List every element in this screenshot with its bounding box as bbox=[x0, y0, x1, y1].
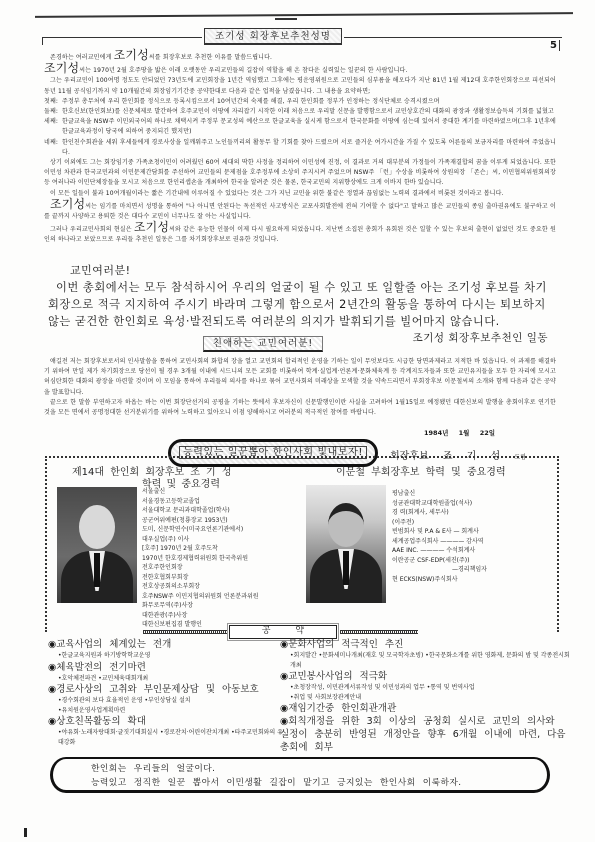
career-line: 서울대학교 문리과대학졸업(학사) bbox=[142, 506, 259, 516]
vice-president-profile-title: 이문철 부회장후보 학력 및 중요경력 bbox=[336, 463, 506, 478]
pledge-divider-right bbox=[340, 630, 418, 634]
effort-paragraph: 이 모든 일들이 불과 10여개월이라는 짧은 기간내에 이루어질 수 있었다는… bbox=[44, 189, 556, 199]
photo-tie bbox=[343, 551, 349, 585]
scan-edge-mark bbox=[24, 828, 27, 837]
item-label: 세째: bbox=[44, 117, 62, 137]
document-page: 조기성 회장후보추천성명 5 존경하는 여러교민에게 조기성씨를 회장후보로 추… bbox=[0, 0, 595, 842]
pledges-left-column: ◉교육사업의 체계있는 전개•한글교육지원과 하기방학학교운영◉체육발전의 전기… bbox=[48, 638, 288, 747]
president-portrait-photo bbox=[57, 487, 137, 603]
retirement-paragraph: 조기성씨는 임기를 마치면서 성명을 통하여 "나 아니면 안된다는 독선적인 … bbox=[44, 199, 556, 222]
candidate-name: 조기성 bbox=[114, 48, 149, 62]
career-line: 평남출신 bbox=[392, 489, 487, 499]
photo-head bbox=[79, 505, 115, 549]
item-text: 한호신보(한인회보)를 신문체제로 발간하여 호주교민이 이땅에 자리잡기 시작… bbox=[62, 107, 556, 117]
career-line: [호주] 1970년 2월 호주도착 bbox=[142, 544, 259, 554]
page-title: 조기성 회장후보추천성명 bbox=[204, 28, 342, 45]
career-line: 세계공업주식회사 ———— 감사역 bbox=[392, 537, 487, 547]
vice-president-career-list: 평남출신성균관대학교대학원졸업(석사)경 력(회계사, 세무사)(이주전)빈범회… bbox=[392, 489, 487, 584]
letter-title: 친애하는 교민여러분! bbox=[203, 336, 323, 352]
closing-line-2: 능력있고 정직한 일꾼 뽑아서 이민생활 길잡이 맡기고 긍지있는 한인사회 이… bbox=[91, 776, 547, 790]
achievement-item: 네째:한인친수회관을 세워 후세들에게 경로사상을 일깨워주고 노인들끼리의 활… bbox=[44, 138, 556, 158]
career-line: (이주전) bbox=[392, 518, 487, 528]
item-text: 한글교육을 NSW주 이민외국어의 하나로 채택시켜 주정부 문교성의 예산으로… bbox=[62, 117, 556, 137]
top-border-rule bbox=[35, 12, 573, 18]
pledge-divider-left bbox=[143, 630, 227, 634]
achievement-item: 둘째:한호신보(한인회보)를 신문체제로 발간하여 호주교민이 이땅에 자리잡기… bbox=[44, 107, 556, 117]
item-text: 한인친수회관을 세워 후세들에게 경로사상을 일깨워주고 노인들끼리의 활동무 … bbox=[62, 138, 556, 158]
recommendation-statement: 존경하는 여러교민에게 조기성씨를 회장후보로 추천한 이유를 말씀드립니다. … bbox=[44, 50, 556, 246]
pledge-heading: ◉경로사상의 고취와 부인문제상담 및 아동보호 bbox=[48, 683, 288, 696]
intro-prefix: 존경하는 여러교민에게 bbox=[50, 54, 112, 61]
career-text: 씨는 1970년 2월 호주땅을 밟은 이래 오랫동안 우리교민들의 길잡이 역… bbox=[79, 67, 407, 74]
pledge-detail: •유치원운영사업계획마련 bbox=[48, 706, 288, 716]
banner-rule-right bbox=[344, 37, 562, 38]
career-line: 성균관대학교대학원졸업(석사) bbox=[392, 499, 487, 509]
career-line: 대우실업(주) 이사 bbox=[142, 535, 259, 545]
achievement-item: 첫째:주정부 총무처에 우리 한인회를 정식으로 등록시킴으로서 10여년간의 … bbox=[44, 97, 556, 107]
photo-head bbox=[328, 503, 364, 547]
closing-slogan-box: 한인회는 우리들의 얼굴이다. 능력있고 정직한 일꾼 뽑아서 이민생활 길잡이… bbox=[50, 757, 550, 793]
letter-date: 1984년 1월 22일 bbox=[424, 428, 495, 437]
reality-prefix: 그러나 우리교민사회의 현실은 bbox=[50, 226, 132, 233]
pledge-detail: •야유회·노래자랑대회·글짓기대회실시 •경로잔치·어린이잔치개최 •타주교민회… bbox=[48, 728, 288, 747]
intro-line: 존경하는 여러교민에게 조기성씨를 회장후보로 추천한 이유를 말씀드립니다. bbox=[44, 50, 556, 63]
appeal-section: 교민여러분! 이번 총회에서는 모두 참석하시어 우리의 얼굴이 될 수 있고 … bbox=[48, 262, 558, 347]
banner-rule-left bbox=[42, 37, 202, 38]
career-line: 경 력(회계사, 세무사) bbox=[392, 508, 487, 518]
career-line: 현 ECKS(NSW)주식회사 bbox=[392, 575, 487, 585]
closing-line-1: 한인회는 우리들의 얼굴이다. bbox=[91, 762, 547, 776]
item-label: 네째: bbox=[44, 138, 62, 158]
pledge-detail: •회지발간 •문화세미나개최(재호 및 모국학자초빙) •한국문화소개를 위한 … bbox=[280, 651, 570, 670]
candidate-name: 조기성 bbox=[50, 197, 85, 211]
pledges-label: 공 약 bbox=[229, 625, 337, 639]
career-line: 조기성씨는 1970년 2월 호주땅을 밟은 이래 오랫동안 우리교민들의 길잡… bbox=[44, 63, 556, 76]
intro-suffix: 씨를 회장후보로 추천한 이유를 말씀드립니다. bbox=[149, 54, 272, 61]
item-label: 둘째: bbox=[44, 107, 62, 117]
pledge-heading: ◉교민봉사사업의 적극화 bbox=[280, 670, 570, 683]
header-banner: 조기성 회장후보추천성명 bbox=[42, 28, 562, 46]
candidate-letter: 얘길전 저는 회장후보로서의 인사말씀을 통하여 교민사회의 화합의 장을 열고… bbox=[44, 357, 556, 418]
vice-president-portrait-photo bbox=[306, 485, 386, 603]
item-label: 첫째: bbox=[44, 97, 62, 107]
pledge-heading: ◉회칙개정을 위한 3회 이상의 공청회 실시로 교민의 의사와 실정이 충분히… bbox=[280, 715, 570, 754]
career-line: 서울경동고등학교졸업 bbox=[142, 497, 259, 507]
appeal-text: 이번 총회에서는 모두 참석하시어 우리의 얼굴이 될 수 있고 또 일할줄 아… bbox=[48, 279, 558, 330]
career-line: 호주NSW주 이민지협의위원회 언론분과위원 bbox=[142, 592, 259, 602]
letter-paragraph: 얘길전 저는 회장후보로서의 인사말씀을 통하여 교민사회의 화합의 장을 열고… bbox=[44, 357, 556, 398]
career-line: 대한관광(주)사장 bbox=[142, 611, 259, 621]
photo-tie bbox=[94, 553, 100, 587]
reality-paragraph: 그러나 우리교민사회의 현실은 조기성씨와 같은 유능한 인물이 이제 다시 필… bbox=[44, 222, 556, 245]
career-line: 빈범회사 및 P.A & E사 — 회계사 bbox=[392, 527, 487, 537]
banner-corner bbox=[42, 37, 43, 45]
pledge-detail: •경수회관의 보다 효율적인 운영 •부인상담실 설치 bbox=[48, 696, 288, 706]
letter-paragraph: 끝으로 한 말씀 부연하고자 하옵는 바는 이번 회장단선거의 공평을 기하는 … bbox=[44, 398, 556, 418]
career-line: 전호상공회의소부회장 bbox=[142, 582, 259, 592]
pledges-right-column: ◉문화사업의 적극적인 추진•회지발간 •문화세미나개최(재호 및 모국학자초빙… bbox=[280, 638, 570, 754]
candidate-name: 조기성 bbox=[44, 61, 79, 75]
additional-achievements: 상기 이외에도 그는 회장임기중 가족초청이민이 어려웠던 60여 세대의 딱한… bbox=[44, 158, 556, 189]
career-line: 전호주한인회장 bbox=[142, 563, 259, 573]
president-career-list: 서울출신서울경동고등학교졸업서울대학교 문리과대학졸업(학사)공군여위예편(청룡… bbox=[142, 487, 259, 630]
candidate-name: 조기성 bbox=[134, 220, 169, 234]
item-text: 주정부 총무처에 우리 한인회를 정식으로 등록시킴으로서 10여년간의 숙제를… bbox=[62, 97, 556, 107]
appeal-greeting: 교민여러분! bbox=[48, 262, 558, 279]
pledge-heading: ◉교육사업의 체계있는 전개 bbox=[48, 638, 288, 651]
pledge-heading: ◉상호친목활동의 확대 bbox=[48, 715, 288, 728]
career-line: 화무로무역(주)사장 bbox=[142, 601, 259, 611]
achievement-item: 세째:한글교육을 NSW주 이민외국어의 하나로 채택시켜 주정부 문교성의 예… bbox=[44, 117, 556, 137]
pledge-detail: •한글교육지원과 하기방학학교운영 bbox=[48, 651, 288, 661]
career-line: AAE INC. ———— 수석회계사 bbox=[392, 546, 487, 556]
scan-mark bbox=[275, 18, 297, 20]
career-line: 이란공군 CSF-EDP(세진(주)) bbox=[392, 556, 487, 566]
career-line: —경리책임자 bbox=[392, 565, 487, 575]
pledge-detail: •초청장작성, 이민관계서류작성 및 이민성과의 업무 •통역 및 번역사업 bbox=[280, 683, 570, 693]
career-line: 공군여위예편(청룡장교 1953년) bbox=[142, 516, 259, 526]
pledge-heading: ◉재임기간중 한인회관개관 bbox=[280, 702, 570, 715]
pledge-detail: •취업 및 사회보장관계안내 bbox=[280, 693, 570, 703]
career-line: 서울출신 bbox=[142, 487, 259, 497]
pledge-detail: •호악체전파견 •교민체육대회개최 bbox=[48, 674, 288, 684]
career-line: 전한호협회부회장 bbox=[142, 573, 259, 583]
pledge-heading: ◉문화사업의 적극적인 추진 bbox=[280, 638, 570, 651]
retire-text: 씨는 임기를 마치면서 성명을 통하여 "나 아니면 안된다는 독선적인 사고방… bbox=[44, 203, 556, 220]
career-line: 도미, 신문학연수(미국요언론기관에서) bbox=[142, 525, 259, 535]
career-line: 1970년 한호경제협력위원회 한국측위원 bbox=[142, 554, 259, 564]
achievements-intro: 그는 우리교민이 100여명 정도도 안되었던 73년도에 교민회장을 1년간 … bbox=[44, 76, 556, 96]
pledge-heading: ◉체육발전의 전기마련 bbox=[48, 661, 288, 674]
